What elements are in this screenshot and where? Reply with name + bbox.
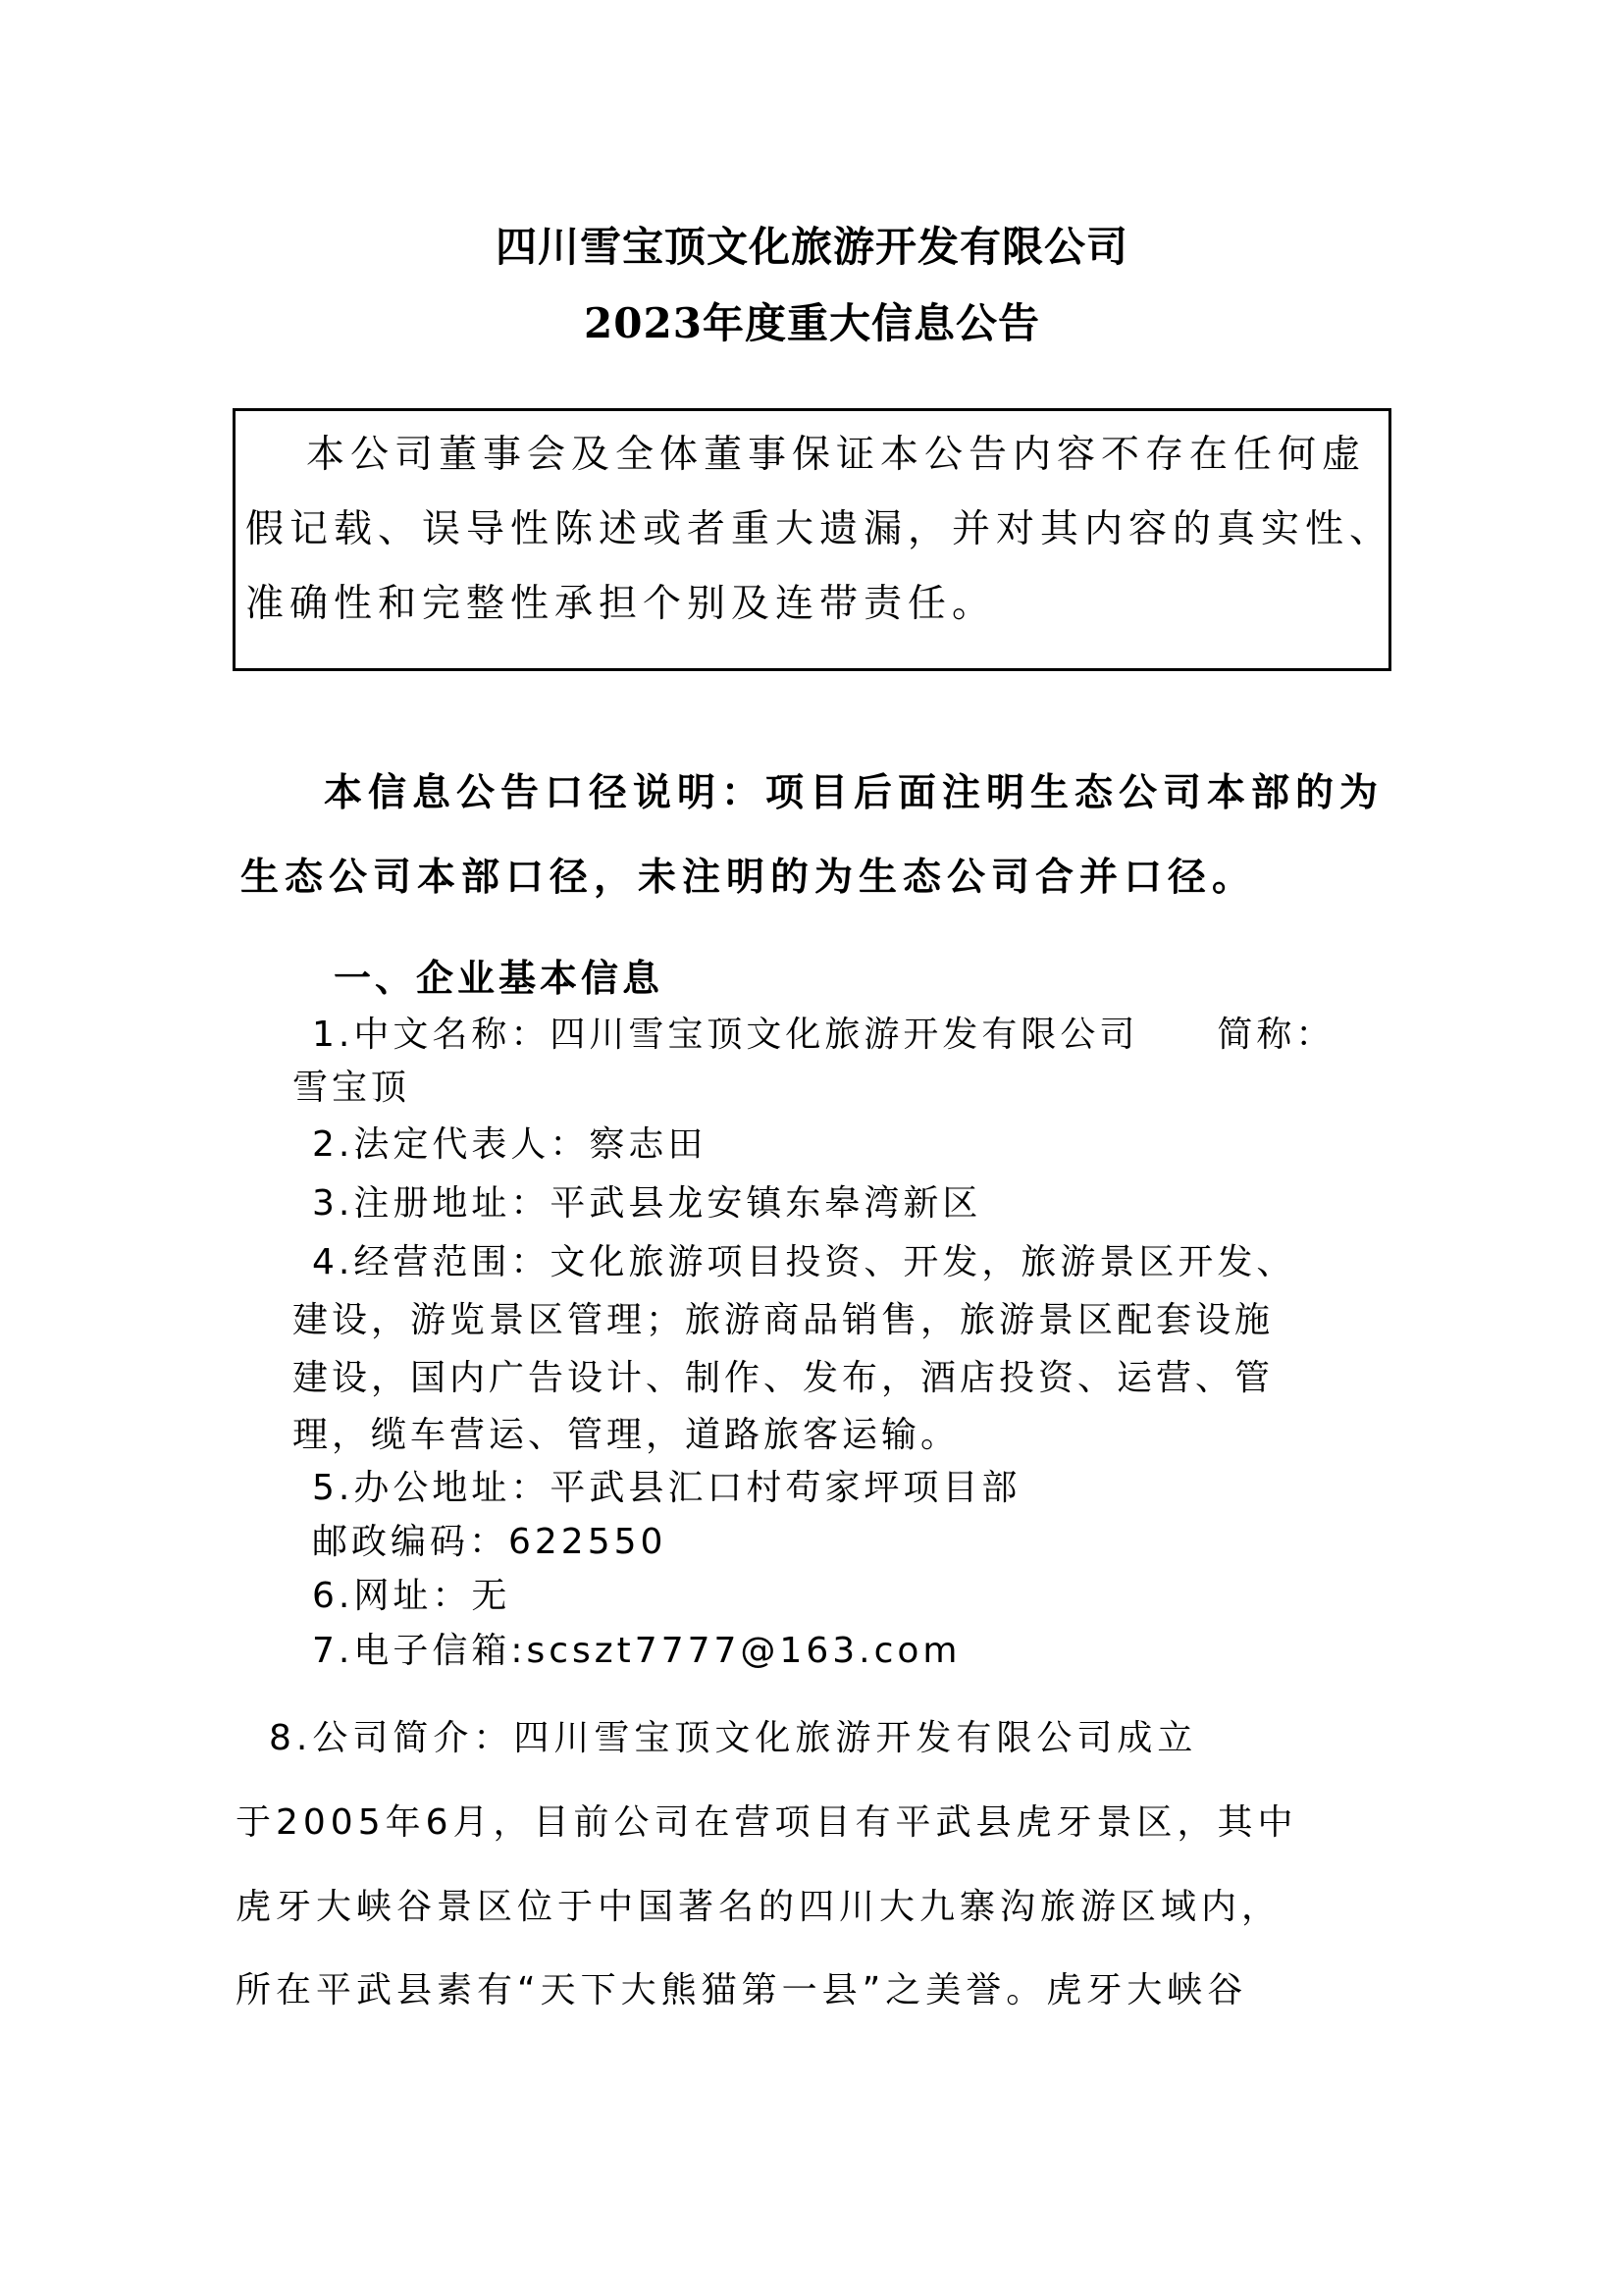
info-item-website: 6.网址：无 — [312, 1574, 510, 1619]
company-intro-line: 8.公司简介：四川雪宝顶文化旅游开发有限公司成立 — [269, 1715, 1197, 1762]
document-title: 四川雪宝顶文化旅游开发有限公司 — [0, 218, 1624, 277]
company-intro-line: 虎牙大峡谷景区位于中国著名的四川大九寨沟旅游区域内， — [236, 1884, 1282, 1931]
info-item-business-scope-cont: 建设，国内广告设计、制作、发布，酒店投资、运营、管 — [292, 1356, 1274, 1401]
document-page: 四川雪宝顶文化旅游开发有限公司 2023年度重大信息公告 本公司董事会及全体董事… — [0, 0, 1624, 2295]
info-item-chinese-name: 1.中文名称：四川雪宝顶文化旅游开发有限公司 简称： — [312, 1013, 1335, 1058]
disclaimer-line: 假记载、误导性陈述或者重大遗漏，并对其内容的真实性、 — [245, 505, 1393, 554]
info-item-business-scope: 4.经营范围：文化旅游项目投资、开发，旅游景区开发、 — [312, 1240, 1295, 1285]
info-item-legal-rep: 2.法定代表人：察志田 — [312, 1122, 707, 1168]
info-item-registered-address: 3.注册地址：平武县龙安镇东皋湾新区 — [312, 1181, 981, 1226]
company-intro-line: 于2005年6月，目前公司在营项目有平武县虎牙景区，其中 — [236, 1799, 1298, 1847]
section-heading-basic-info: 一、企业基本信息 — [334, 954, 663, 1003]
document-subtitle: 2023年度重大信息公告 — [0, 294, 1624, 353]
info-item-business-scope-cont: 理，缆车营运、管理，道路旅客运输。 — [292, 1413, 960, 1458]
disclaimer-box: 本公司董事会及全体董事保证本公告内容不存在任何虚 假记载、误导性陈述或者重大遗漏… — [233, 408, 1391, 671]
info-item-office-address: 5.办公地址：平武县汇口村苟家坪项目部 — [312, 1466, 1021, 1511]
info-item-postcode: 邮政编码：622550 — [312, 1520, 666, 1565]
company-intro-line: 所在平武县素有“天下大熊猫第一县”之美誉。虎牙大峡谷 — [236, 1967, 1247, 2014]
disclaimer-line: 准确性和完整性承担个别及连带责任。 — [245, 580, 996, 629]
disclaimer-line: 本公司董事会及全体董事保证本公告内容不存在任何虚 — [306, 431, 1366, 480]
info-item-email: 7.电子信箱:scszt7777@163.com — [312, 1629, 961, 1674]
info-item-business-scope-cont: 建设，游览景区管理；旅游商品销售，旅游景区配套设施 — [292, 1298, 1274, 1343]
scope-statement-line: 本信息公告口径说明：项目后面注明生态公司本部的为 — [324, 769, 1384, 818]
info-item-short-name: 雪宝顶 — [292, 1066, 410, 1111]
scope-statement-line: 生态公司本部口径，未注明的为生态公司合并口径。 — [240, 854, 1256, 903]
